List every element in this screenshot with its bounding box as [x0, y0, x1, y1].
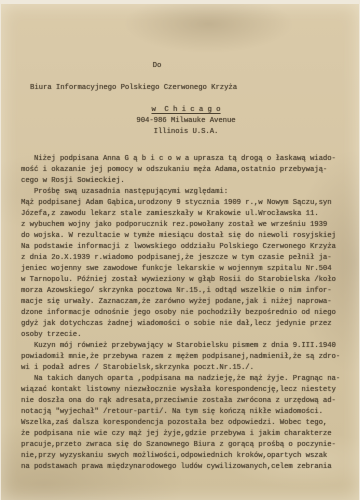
- salutation: Do: [0, 61, 336, 72]
- typewritten-line: Na podstawie informacji z lwowskiego odd…: [21, 242, 349, 253]
- typewritten-line: osoby trzecie.: [21, 330, 349, 341]
- typewritten-line: Kuzyn mój również przebywający w Starobi…: [21, 341, 349, 352]
- address-line-1: 904-986 Milwauke Avenue: [7, 116, 360, 127]
- typewritten-line: wi i podał adres / Starobielsk,skrzynka …: [21, 363, 349, 374]
- typewritten-line: notacją "wyjechał" /retour-parti/. Na ty…: [21, 407, 349, 418]
- letter-body: Niżej podpisana Anna G ą b i c o w a upr…: [21, 154, 349, 473]
- typewritten-line: nie,przy wyzyskaniu swych możliwości,odp…: [21, 451, 349, 462]
- typewritten-line: macje się urwały. Zaznaczam,że zarówno w…: [21, 297, 349, 308]
- typewritten-line: mość i okazanie jej pomocy w odszukaniu …: [21, 165, 349, 176]
- typewritten-line: z dnia 2o.X.1939 r.wiadomo podpisanej,że…: [21, 253, 349, 264]
- typewritten-line: Na takich danych oparta ,podpisana ma na…: [21, 374, 349, 385]
- typewritten-line: Mąż podpisanej Adam Gąbica,urodzony 9 st…: [21, 198, 349, 209]
- city-line: w C h i c a g o: [7, 105, 360, 116]
- recipient-line: Biura Informacyjnego Polskiego Czerwoneg…: [30, 83, 359, 94]
- typewritten-line: w Tarnopolu. Później został wywieziony w…: [21, 275, 349, 286]
- typewritten-line: powiadomił mnie,że przebywa razem z męże…: [21, 352, 349, 363]
- typewritten-line: nie doszła ona do rąk adresata,przeciwni…: [21, 396, 349, 407]
- typewritten-line: że podpisana nie wie czy mąż jej żyje,gd…: [21, 429, 349, 440]
- typewritten-line: gdyż jak dotychczas żadnej wiadomości o …: [21, 319, 349, 330]
- address-line-2: Illinois U.S.A.: [7, 127, 360, 138]
- typewritten-line: do wojska. W rezultacie w tymże miesiącu…: [21, 231, 349, 242]
- scanned-letter: Do Biura Informacyjnego Polskiego Czerwo…: [0, 0, 360, 500]
- typewritten-line: morza Azowskiego/ skrzynka pocztowa Nr.1…: [21, 286, 349, 297]
- typewritten-line: cego w Rosji Sowieckiej.: [21, 176, 349, 187]
- typewritten-line: na podstawach prawa międzynarodowego lud…: [21, 462, 349, 473]
- typewritten-line: dzone informacje odnośnie jego osoby nie…: [21, 308, 349, 319]
- typewritten-line: Prośbę swą uzasadnia następującymi wzglę…: [21, 187, 349, 198]
- typewritten-line: Józefa,z zawodu lekarz stale zamieszkały…: [21, 209, 349, 220]
- address-block: w C h i c a g o 904-986 Milwauke Avenue …: [7, 105, 360, 138]
- paper-sheet: Do Biura Informacyjnego Polskiego Czerwo…: [1, 4, 359, 500]
- typewritten-line: jeniec wojenny swe zawodowe funkcje leka…: [21, 264, 349, 275]
- typewritten-line: Wszelka,zaś dalsza korespondencja pozost…: [21, 418, 349, 429]
- typewritten-line: wiązać kontakt listowny niezwłocznie wys…: [21, 385, 349, 396]
- typewritten-line: pracuje,przeto zwraca się do Szanownego …: [21, 440, 349, 451]
- typewritten-line: z wybuchem wojny jako podporucznik rez.p…: [21, 220, 349, 231]
- typewritten-line: Niżej podpisana Anna G ą b i c o w a upr…: [21, 154, 349, 165]
